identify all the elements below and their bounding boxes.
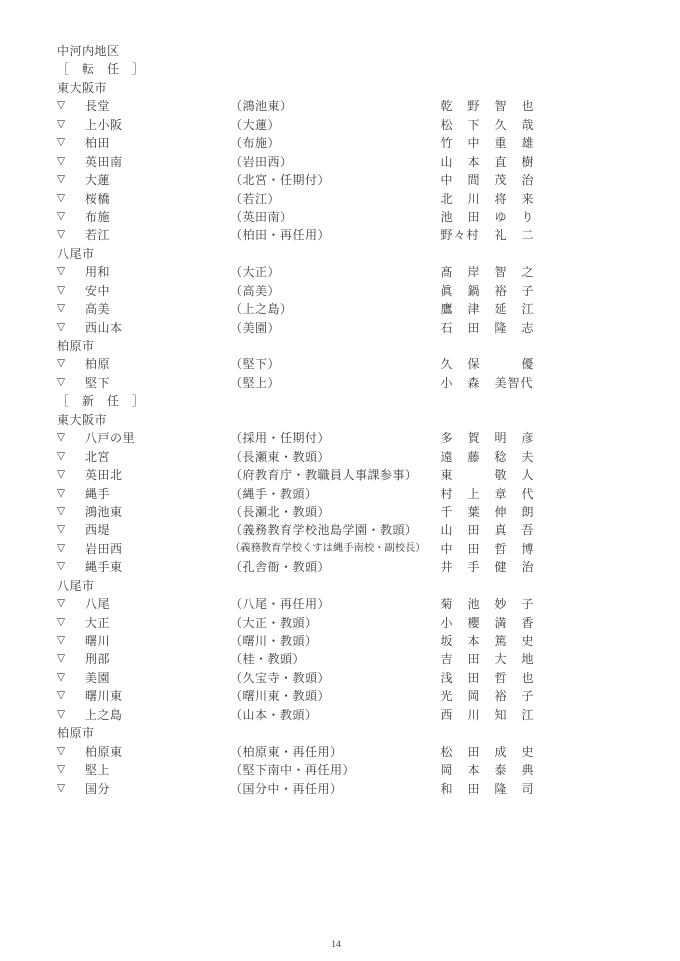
previous-post: （大正・教頭） bbox=[230, 614, 318, 632]
person-name: 井手健治 bbox=[433, 558, 541, 576]
person-name: 浅田哲也 bbox=[433, 669, 541, 687]
district-heading: 中河内地区 bbox=[57, 42, 657, 60]
list-row: ▽北宮（長瀬東・教頭）遠藤稔夫 bbox=[57, 448, 657, 466]
list-row: ▽堅下（堅上）小森美智代 bbox=[57, 374, 657, 392]
name-char: 敬 bbox=[487, 466, 514, 484]
name-char: 石 bbox=[433, 319, 460, 337]
name-char: 野々村 bbox=[433, 226, 487, 244]
triangle-marker: ▽ bbox=[57, 669, 65, 687]
name-char: 博 bbox=[514, 540, 541, 558]
name-char: 川 bbox=[460, 706, 487, 724]
name-char: 吾 bbox=[514, 521, 541, 539]
triangle-marker: ▽ bbox=[57, 466, 65, 484]
triangle-marker: ▽ bbox=[57, 650, 65, 668]
list-row: ▽西山本（美園）石田隆志 bbox=[57, 319, 657, 337]
person-name: 久保優 bbox=[433, 355, 541, 373]
name-char: 彦 bbox=[514, 429, 541, 447]
name-char: 千 bbox=[433, 503, 460, 521]
name-char: 裕 bbox=[487, 282, 514, 300]
list-row: ▽大正（大正・教頭）小櫻満香 bbox=[57, 614, 657, 632]
list-row: ▽柏原東（柏原東・再任用）松田成史 bbox=[57, 743, 657, 761]
person-name: 西川知江 bbox=[433, 706, 541, 724]
name-char: 田 bbox=[460, 780, 487, 798]
name-char: 岡 bbox=[460, 687, 487, 705]
triangle-marker: ▽ bbox=[57, 706, 65, 724]
person-name: 遠藤稔夫 bbox=[433, 448, 541, 466]
name-char: ゆ bbox=[487, 208, 514, 226]
person-name: 山田真吾 bbox=[433, 521, 541, 539]
list-row: ▽用和（大正）髙岸智之 bbox=[57, 263, 657, 281]
school-name: 美園 bbox=[85, 669, 110, 687]
triangle-marker: ▽ bbox=[57, 226, 65, 244]
name-char: 葉 bbox=[460, 503, 487, 521]
name-char: 妙 bbox=[487, 595, 514, 613]
previous-post: （北宮・任期付） bbox=[230, 171, 330, 189]
triangle-marker: ▽ bbox=[57, 190, 65, 208]
name-char: 子 bbox=[514, 595, 541, 613]
triangle-marker: ▽ bbox=[57, 780, 65, 798]
name-char: 鷹 bbox=[433, 300, 460, 318]
list-row: ▽柏田（布施）竹中重雄 bbox=[57, 134, 657, 152]
list-row: ▽堅上（堅下南中・再任用）岡本泰典 bbox=[57, 761, 657, 779]
name-char: 明 bbox=[487, 429, 514, 447]
previous-post: （大蓮） bbox=[230, 116, 280, 134]
school-name: 岩田西 bbox=[85, 540, 123, 558]
previous-post: （桂・教頭） bbox=[230, 650, 305, 668]
name-char: 森 bbox=[460, 374, 487, 392]
triangle-marker: ▽ bbox=[57, 116, 65, 134]
previous-post: （高美） bbox=[230, 282, 280, 300]
school-name: 用和 bbox=[85, 263, 110, 281]
person-name: 岡本泰典 bbox=[433, 761, 541, 779]
list-row: ▽国分（国分中・再任用）和田隆司 bbox=[57, 780, 657, 798]
previous-post: （布施） bbox=[230, 134, 280, 152]
previous-post: （英田南） bbox=[230, 208, 293, 226]
school-name: 堅上 bbox=[85, 761, 110, 779]
previous-post: （久宝寺・教頭） bbox=[230, 669, 330, 687]
person-name: 髙岸智之 bbox=[433, 263, 541, 281]
previous-post: （採用・任期付） bbox=[230, 429, 330, 447]
previous-post: （国分中・再任用） bbox=[230, 780, 343, 798]
city-heading: 柏原市 bbox=[57, 337, 657, 355]
name-char: 茂 bbox=[487, 171, 514, 189]
name-char: 本 bbox=[460, 632, 487, 650]
person-name: 東敬人 bbox=[433, 466, 541, 484]
school-name: 鴻池東 bbox=[85, 503, 123, 521]
list-row: ▽鴻池東（長瀬北・教頭）千葉伸朗 bbox=[57, 503, 657, 521]
name-char: 遠 bbox=[433, 448, 460, 466]
school-name: 大蓮 bbox=[85, 171, 110, 189]
city-heading: 東大阪市 bbox=[57, 411, 657, 429]
list-row: ▽縄手（縄手・教頭）村上章代 bbox=[57, 485, 657, 503]
name-char: 夫 bbox=[514, 448, 541, 466]
school-name: 柏原 bbox=[85, 355, 110, 373]
list-row: ▽刑部（桂・教頭）吉田大地 bbox=[57, 650, 657, 668]
school-name: 曙川東 bbox=[85, 687, 123, 705]
name-char: 和 bbox=[433, 780, 460, 798]
name-char: 代 bbox=[514, 485, 541, 503]
triangle-marker: ▽ bbox=[57, 263, 65, 281]
name-char bbox=[460, 466, 487, 484]
previous-post: （鴻池東） bbox=[230, 97, 293, 115]
previous-post: （柏原東・再任用） bbox=[230, 743, 343, 761]
school-name: 八尾 bbox=[85, 595, 110, 613]
name-char: 久 bbox=[433, 355, 460, 373]
name-char: 史 bbox=[514, 632, 541, 650]
triangle-marker: ▽ bbox=[57, 761, 65, 779]
triangle-marker: ▽ bbox=[57, 632, 65, 650]
name-char: 篤 bbox=[487, 632, 514, 650]
school-name: 若江 bbox=[85, 226, 110, 244]
name-char: 隆 bbox=[487, 780, 514, 798]
name-char: 坂 bbox=[433, 632, 460, 650]
person-name: 中間茂治 bbox=[433, 171, 541, 189]
name-char: 村 bbox=[433, 485, 460, 503]
name-char: 重 bbox=[487, 134, 514, 152]
name-char: 田 bbox=[460, 521, 487, 539]
name-char: 優 bbox=[514, 355, 541, 373]
name-char: 野 bbox=[460, 97, 487, 115]
name-char: 藤 bbox=[460, 448, 487, 466]
previous-post: （曙川東・教頭） bbox=[230, 687, 330, 705]
triangle-marker: ▽ bbox=[57, 595, 65, 613]
previous-post: （上之島） bbox=[230, 300, 293, 318]
school-name: 柏田 bbox=[85, 134, 110, 152]
name-char: 菊 bbox=[433, 595, 460, 613]
name-char: 田 bbox=[460, 743, 487, 761]
name-char: 成 bbox=[487, 743, 514, 761]
name-char: 川 bbox=[460, 190, 487, 208]
name-char: 岸 bbox=[460, 263, 487, 281]
person-name: 竹中重雄 bbox=[433, 134, 541, 152]
triangle-marker: ▽ bbox=[57, 503, 65, 521]
name-char: 岡 bbox=[433, 761, 460, 779]
name-char: 賀 bbox=[460, 429, 487, 447]
name-char: 鍋 bbox=[460, 282, 487, 300]
name-char: 山 bbox=[433, 153, 460, 171]
triangle-marker: ▽ bbox=[57, 153, 65, 171]
name-char: 竹 bbox=[433, 134, 460, 152]
name-char: 田 bbox=[460, 540, 487, 558]
name-char: 雄 bbox=[514, 134, 541, 152]
name-char: 中 bbox=[460, 134, 487, 152]
school-name: 縄手東 bbox=[85, 558, 123, 576]
name-char: 久 bbox=[487, 116, 514, 134]
name-char: 津 bbox=[460, 300, 487, 318]
name-char: 髙 bbox=[433, 263, 460, 281]
list-row: ▽桜橋（若江）北川将来 bbox=[57, 190, 657, 208]
name-char: 裕 bbox=[487, 687, 514, 705]
school-name: 八戸の里 bbox=[85, 429, 135, 447]
previous-post: （大正） bbox=[230, 263, 280, 281]
triangle-marker: ▽ bbox=[57, 374, 65, 392]
person-name: 池田ゆり bbox=[433, 208, 541, 226]
name-char: 朗 bbox=[514, 503, 541, 521]
previous-post: （岩田西） bbox=[230, 153, 293, 171]
previous-post: （孔舎衙・教頭） bbox=[230, 558, 330, 576]
name-char: 池 bbox=[433, 208, 460, 226]
triangle-marker: ▽ bbox=[57, 521, 65, 539]
triangle-marker: ▽ bbox=[57, 134, 65, 152]
person-name: 松田成史 bbox=[433, 743, 541, 761]
section-heading: ［ 転 任 ］ bbox=[57, 60, 657, 78]
school-name: 縄手 bbox=[85, 485, 110, 503]
triangle-marker: ▽ bbox=[57, 319, 65, 337]
triangle-marker: ▽ bbox=[57, 171, 65, 189]
name-char: 池 bbox=[460, 595, 487, 613]
name-char: 大 bbox=[487, 650, 514, 668]
name-char: 小 bbox=[433, 614, 460, 632]
list-row: ▽岩田西（義務教育学校くすは縄手南校・副校長）中田哲博 bbox=[57, 540, 657, 558]
school-name: 曙川 bbox=[85, 632, 110, 650]
previous-post: （縄手・教頭） bbox=[230, 485, 318, 503]
person-name: 小櫻満香 bbox=[433, 614, 541, 632]
personnel-transfer-list: 中河内地区［ 転 任 ］東大阪市▽長堂（鴻池東）乾野智也▽上小阪（大蓮）松下久哉… bbox=[57, 42, 657, 798]
list-row: ▽英田南（岩田西）山本直樹 bbox=[57, 153, 657, 171]
name-char: 哲 bbox=[487, 540, 514, 558]
triangle-marker: ▽ bbox=[57, 540, 65, 558]
name-char: 知 bbox=[487, 706, 514, 724]
person-name: 鷹津延江 bbox=[433, 300, 541, 318]
triangle-marker: ▽ bbox=[57, 300, 65, 318]
name-char: 真 bbox=[487, 521, 514, 539]
name-char: 田 bbox=[460, 650, 487, 668]
list-row: ▽曙川東（曙川東・教頭）光岡裕子 bbox=[57, 687, 657, 705]
school-name: 西堤 bbox=[85, 521, 110, 539]
name-char: 下 bbox=[460, 116, 487, 134]
school-name: 桜橋 bbox=[85, 190, 110, 208]
page-number: 14 bbox=[0, 940, 672, 950]
name-char: 智 bbox=[487, 97, 514, 115]
name-char: 本 bbox=[460, 761, 487, 779]
previous-post: （府教育庁・教職員人事課参事） bbox=[230, 466, 418, 484]
triangle-marker: ▽ bbox=[57, 429, 65, 447]
name-char: 江 bbox=[514, 300, 541, 318]
triangle-marker: ▽ bbox=[57, 743, 65, 761]
name-char: 章 bbox=[487, 485, 514, 503]
name-char: 哲 bbox=[487, 669, 514, 687]
list-row: ▽柏原（堅下）久保優 bbox=[57, 355, 657, 373]
person-name: 石田隆志 bbox=[433, 319, 541, 337]
name-char: 上 bbox=[460, 485, 487, 503]
name-char: 泰 bbox=[487, 761, 514, 779]
previous-post: （曙川・教頭） bbox=[230, 632, 318, 650]
previous-post: （義務教育学校池島学園・教頭） bbox=[230, 521, 418, 539]
name-char: 光 bbox=[433, 687, 460, 705]
name-char: 地 bbox=[514, 650, 541, 668]
school-name: 北宮 bbox=[85, 448, 110, 466]
name-char: 多 bbox=[433, 429, 460, 447]
name-char: り bbox=[514, 208, 541, 226]
school-name: 西山本 bbox=[85, 319, 123, 337]
previous-post: （義務教育学校くすは縄手南校・副校長） bbox=[230, 540, 426, 558]
name-char: 礼 bbox=[487, 226, 514, 244]
name-char: 田 bbox=[460, 208, 487, 226]
school-name: 安中 bbox=[85, 282, 110, 300]
list-row: ▽八尾（八尾・再任用）菊池妙子 bbox=[57, 595, 657, 613]
city-heading: 八尾市 bbox=[57, 245, 657, 263]
list-row: ▽長堂（鴻池東）乾野智也 bbox=[57, 97, 657, 115]
name-char: 二 bbox=[514, 226, 541, 244]
document-page: 中河内地区［ 転 任 ］東大阪市▽長堂（鴻池東）乾野智也▽上小阪（大蓮）松下久哉… bbox=[0, 0, 680, 961]
previous-post: （長瀬北・教頭） bbox=[230, 503, 330, 521]
list-row: ▽英田北（府教育庁・教職員人事課参事）東敬人 bbox=[57, 466, 657, 484]
list-row: ▽曙川（曙川・教頭）坂本篤史 bbox=[57, 632, 657, 650]
triangle-marker: ▽ bbox=[57, 355, 65, 373]
previous-post: （山本・教頭） bbox=[230, 706, 318, 724]
person-name: 眞鍋裕子 bbox=[433, 282, 541, 300]
person-name: 千葉伸朗 bbox=[433, 503, 541, 521]
person-name: 多賀明彦 bbox=[433, 429, 541, 447]
person-name: 光岡裕子 bbox=[433, 687, 541, 705]
person-name: 野々村礼二 bbox=[433, 226, 541, 244]
name-char: 子 bbox=[514, 282, 541, 300]
list-row: ▽西堤（義務教育学校池島学園・教頭）山田真吾 bbox=[57, 521, 657, 539]
previous-post: （八尾・再任用） bbox=[230, 595, 330, 613]
city-heading: 東大阪市 bbox=[57, 79, 657, 97]
person-name: 山本直樹 bbox=[433, 153, 541, 171]
name-char: 手 bbox=[460, 558, 487, 576]
name-char: 吉 bbox=[433, 650, 460, 668]
name-char: 也 bbox=[514, 97, 541, 115]
name-char: 中 bbox=[433, 540, 460, 558]
list-row: ▽高美（上之島）鷹津延江 bbox=[57, 300, 657, 318]
school-name: 堅下 bbox=[85, 374, 110, 392]
city-heading: 八尾市 bbox=[57, 577, 657, 595]
person-name: 松下久哉 bbox=[433, 116, 541, 134]
name-char: 樹 bbox=[514, 153, 541, 171]
triangle-marker: ▽ bbox=[57, 208, 65, 226]
school-name: 英田南 bbox=[85, 153, 123, 171]
name-char: 香 bbox=[514, 614, 541, 632]
name-char: 美智代 bbox=[487, 374, 541, 392]
triangle-marker: ▽ bbox=[57, 687, 65, 705]
person-name: 和田隆司 bbox=[433, 780, 541, 798]
school-name: 英田北 bbox=[85, 466, 123, 484]
section-heading: ［ 新 任 ］ bbox=[57, 392, 657, 410]
school-name: 柏原東 bbox=[85, 743, 123, 761]
name-char: 治 bbox=[514, 558, 541, 576]
list-row: ▽布施（英田南）池田ゆり bbox=[57, 208, 657, 226]
list-row: ▽大蓮（北宮・任期付）中間茂治 bbox=[57, 171, 657, 189]
name-char: 志 bbox=[514, 319, 541, 337]
name-char: 北 bbox=[433, 190, 460, 208]
triangle-marker: ▽ bbox=[57, 614, 65, 632]
list-row: ▽上小阪（大蓮）松下久哉 bbox=[57, 116, 657, 134]
school-name: 上之島 bbox=[85, 706, 123, 724]
previous-post: （長瀬東・教頭） bbox=[230, 448, 330, 466]
name-char: 小 bbox=[433, 374, 460, 392]
triangle-marker: ▽ bbox=[57, 282, 65, 300]
name-char: 松 bbox=[433, 743, 460, 761]
name-char: 保 bbox=[460, 355, 487, 373]
name-char: 西 bbox=[433, 706, 460, 724]
school-name: 上小阪 bbox=[85, 116, 123, 134]
name-char: 也 bbox=[514, 669, 541, 687]
name-char: 井 bbox=[433, 558, 460, 576]
person-name: 北川将来 bbox=[433, 190, 541, 208]
name-char: 山 bbox=[433, 521, 460, 539]
list-row: ▽若江（柏田・再任用）野々村礼二 bbox=[57, 226, 657, 244]
person-name: 小森美智代 bbox=[433, 374, 541, 392]
previous-post: （美園） bbox=[230, 319, 280, 337]
name-char: 子 bbox=[514, 687, 541, 705]
previous-post: （堅下南中・再任用） bbox=[230, 761, 355, 779]
name-char: 江 bbox=[514, 706, 541, 724]
name-char: 治 bbox=[514, 171, 541, 189]
person-name: 坂本篤史 bbox=[433, 632, 541, 650]
name-char: 之 bbox=[514, 263, 541, 281]
triangle-marker: ▽ bbox=[57, 97, 65, 115]
school-name: 刑部 bbox=[85, 650, 110, 668]
name-char: 健 bbox=[487, 558, 514, 576]
name-char: 来 bbox=[514, 190, 541, 208]
name-char: 伸 bbox=[487, 503, 514, 521]
school-name: 長堂 bbox=[85, 97, 110, 115]
school-name: 高美 bbox=[85, 300, 110, 318]
triangle-marker: ▽ bbox=[57, 485, 65, 503]
list-row: ▽安中（高美）眞鍋裕子 bbox=[57, 282, 657, 300]
name-char: 東 bbox=[433, 466, 460, 484]
triangle-marker: ▽ bbox=[57, 448, 65, 466]
list-row: ▽縄手東（孔舎衙・教頭）井手健治 bbox=[57, 558, 657, 576]
person-name: 吉田大地 bbox=[433, 650, 541, 668]
previous-post: （柏田・再任用） bbox=[230, 226, 330, 244]
person-name: 村上章代 bbox=[433, 485, 541, 503]
list-row: ▽八戸の里（採用・任期付）多賀明彦 bbox=[57, 429, 657, 447]
name-char: 田 bbox=[460, 669, 487, 687]
list-row: ▽上之島（山本・教頭）西川知江 bbox=[57, 706, 657, 724]
name-char: 浅 bbox=[433, 669, 460, 687]
school-name: 国分 bbox=[85, 780, 110, 798]
previous-post: （堅下） bbox=[230, 355, 280, 373]
name-char: 直 bbox=[487, 153, 514, 171]
name-char: 田 bbox=[460, 319, 487, 337]
name-char: 中 bbox=[433, 171, 460, 189]
name-char: 史 bbox=[514, 743, 541, 761]
name-char: 将 bbox=[487, 190, 514, 208]
name-char: 間 bbox=[460, 171, 487, 189]
name-char: 松 bbox=[433, 116, 460, 134]
person-name: 菊池妙子 bbox=[433, 595, 541, 613]
name-char bbox=[487, 355, 514, 373]
name-char: 延 bbox=[487, 300, 514, 318]
name-char: 稔 bbox=[487, 448, 514, 466]
person-name: 中田哲博 bbox=[433, 540, 541, 558]
name-char: 典 bbox=[514, 761, 541, 779]
city-heading: 柏原市 bbox=[57, 724, 657, 742]
name-char: 本 bbox=[460, 153, 487, 171]
triangle-marker: ▽ bbox=[57, 558, 65, 576]
name-char: 司 bbox=[514, 780, 541, 798]
school-name: 布施 bbox=[85, 208, 110, 226]
name-char: 眞 bbox=[433, 282, 460, 300]
name-char: 智 bbox=[487, 263, 514, 281]
name-char: 満 bbox=[487, 614, 514, 632]
name-char: 哉 bbox=[514, 116, 541, 134]
person-name: 乾野智也 bbox=[433, 97, 541, 115]
name-char: 乾 bbox=[433, 97, 460, 115]
name-char: 櫻 bbox=[460, 614, 487, 632]
name-char: 人 bbox=[514, 466, 541, 484]
name-char: 隆 bbox=[487, 319, 514, 337]
previous-post: （堅上） bbox=[230, 374, 280, 392]
school-name: 大正 bbox=[85, 614, 110, 632]
list-row: ▽美園（久宝寺・教頭）浅田哲也 bbox=[57, 669, 657, 687]
previous-post: （若江） bbox=[230, 190, 280, 208]
